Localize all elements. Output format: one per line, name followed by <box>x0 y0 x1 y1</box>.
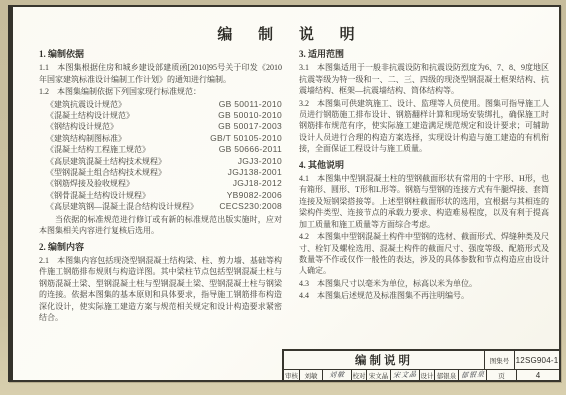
standard-row: 《型钢混凝土组合结构技术规程》 JGJ138-2001 <box>39 167 282 178</box>
design-signature: 郁银泉 <box>458 370 486 380</box>
standard-name: 《混凝土结构设计规范》 <box>46 110 134 121</box>
proofread-signature: 宋文晶 <box>390 370 419 380</box>
paragraph-1-1: 1.1 本图集根据住房和城乡建设部建质函[2010]95号关于印发《2010年国… <box>39 62 282 85</box>
title-block-row-top: 编制说明 图集号 12SG904-1 <box>284 351 559 369</box>
proofread-name: 宋文晶 <box>366 370 390 380</box>
paragraph-1-2: 1.2 本图集编制依据下列国家现行标准规范： <box>39 86 282 97</box>
scan-background: 编 制 说 明 1. 编制依据 1.1 本图集根据住房和城乡建设部建质函[201… <box>0 0 566 395</box>
left-column: 1. 编制依据 1.1 本图集根据住房和城乡建设部建质函[2010]95号关于印… <box>39 49 282 324</box>
standard-name: 《钢结构设计规范》 <box>46 121 118 132</box>
title-block: 编制说明 图集号 12SG904-1 审核 刘敏 刘敏 校对 宋文晶 宋文晶 设… <box>282 349 559 380</box>
page-number-label: 页 <box>486 370 516 380</box>
paragraph-4-1: 4.1 本图集中型钢混凝土柱的型钢截面形状有常用的十字形、H形，也有箱形、圆形、… <box>299 173 549 230</box>
paragraph-4-2: 4.2 本图集中型钢混凝土构件中型钢的选材、截面形式、焊缝种类及尺寸、栓钉及螺栓… <box>299 231 549 277</box>
document-page: 编 制 说 明 1. 编制依据 1.1 本图集根据住房和城乡建设部建质函[201… <box>8 5 561 382</box>
right-column: 3. 适用范围 3.1 本图集适用于一般非抗震设防和抗震设防烈度为6、7、8、9… <box>299 49 549 303</box>
review-label: 审核 <box>284 370 299 380</box>
standard-code: GB 50010-2010 <box>218 110 282 121</box>
standard-name: 《型钢混凝土组合结构技术规程》 <box>46 167 166 178</box>
standard-row: 《混凝土结构设计规范》 GB 50010-2010 <box>39 110 282 121</box>
paragraph-standards-note: 当依据的标准规范进行修订或有新的标准规范出版实施时，应对本图集相关内容进行复核后… <box>39 214 282 237</box>
section-heading-scope: 3. 适用范围 <box>299 49 549 60</box>
standard-row: 《高层建筑钢—混凝土混合结构设计规程》 CECS230:2008 <box>39 201 282 212</box>
page-title: 编 制 说 明 <box>13 23 559 44</box>
section-heading-basis: 1. 编制依据 <box>39 49 282 60</box>
standard-code: GB/T 50105-2010 <box>210 133 282 144</box>
standard-code: YB9082-2006 <box>227 190 282 201</box>
title-block-title: 编制说明 <box>284 351 484 369</box>
standard-row: 《钢结构设计规范》 GB 50017-2003 <box>39 121 282 132</box>
proofread-label: 校对 <box>351 370 366 380</box>
standard-code: JGJ18-2012 <box>233 178 282 189</box>
standard-code: GB 50011-2010 <box>219 99 282 110</box>
standard-code: CECS230:2008 <box>219 201 282 212</box>
atlas-number: 12SG904-1 <box>514 351 559 369</box>
atlas-number-label: 图集号 <box>484 351 514 369</box>
standard-row: 《建筑结构制图标准》 GB/T 50105-2010 <box>39 133 282 144</box>
standard-code: GB 50666-2011 <box>219 144 282 155</box>
standard-name: 《钢筋焊接及验收规程》 <box>46 178 134 189</box>
standard-code: JGJ3-2010 <box>238 156 282 167</box>
paragraph-3-1: 3.1 本图集适用于一般非抗震设防和抗震设防烈度为6、7、8、9度地区抗震等级为… <box>299 62 549 96</box>
paragraph-4-3: 4.3 本图集尺寸以毫米为单位，标高以米为单位。 <box>299 278 549 289</box>
standard-code: JGJ138-2001 <box>228 167 282 178</box>
standard-row: 《混凝土结构工程施工规范》 GB 50666-2011 <box>39 144 282 155</box>
standard-name: 《建筑抗震设计规范》 <box>46 99 126 110</box>
standard-row: 《钢筋焊接及验收规程》 JGJ18-2012 <box>39 178 282 189</box>
design-label: 设计 <box>419 370 434 380</box>
standards-list: 《建筑抗震设计规范》 GB 50011-2010 《混凝土结构设计规范》 GB … <box>39 99 282 213</box>
title-block-row-signatures: 审核 刘敏 刘敏 校对 宋文晶 宋文晶 设计 郁银泉 郁银泉 页 4 <box>284 369 559 380</box>
review-name: 刘敏 <box>299 370 322 380</box>
page-number: 4 <box>516 370 559 380</box>
standard-name: 《高层建筑混凝土结构技术规程》 <box>46 156 166 167</box>
standard-name: 《钢骨混凝土结构设计规程》 <box>46 190 150 201</box>
standard-row: 《钢骨混凝土结构设计规程》 YB9082-2006 <box>39 190 282 201</box>
section-heading-content: 2. 编制内容 <box>39 242 282 253</box>
review-signature: 刘敏 <box>322 370 351 380</box>
standard-row: 《高层建筑混凝土结构技术规程》 JGJ3-2010 <box>39 156 282 167</box>
section-heading-other: 4. 其他说明 <box>299 160 549 171</box>
paragraph-4-4: 4.4 本图集后述规范及标准图集不再注明编号。 <box>299 290 549 301</box>
standard-name: 《高层建筑钢—混凝土混合结构设计规程》 <box>46 201 198 212</box>
paragraph-2-1: 2.1 本图集内容包括现浇型钢混凝土结构梁、柱、剪力墙、基础等构件施工钢筋排布规… <box>39 255 282 323</box>
paragraph-3-2: 3.2 本图集可供建筑施工、设计、监理等人员使用。图集可指导施工人员进行钢筋施工… <box>299 98 549 155</box>
standard-name: 《混凝土结构工程施工规范》 <box>46 144 150 155</box>
standard-name: 《建筑结构制图标准》 <box>46 133 126 144</box>
standard-row: 《建筑抗震设计规范》 GB 50011-2010 <box>39 99 282 110</box>
design-name: 郁银泉 <box>434 370 458 380</box>
standard-code: GB 50017-2003 <box>218 121 282 132</box>
